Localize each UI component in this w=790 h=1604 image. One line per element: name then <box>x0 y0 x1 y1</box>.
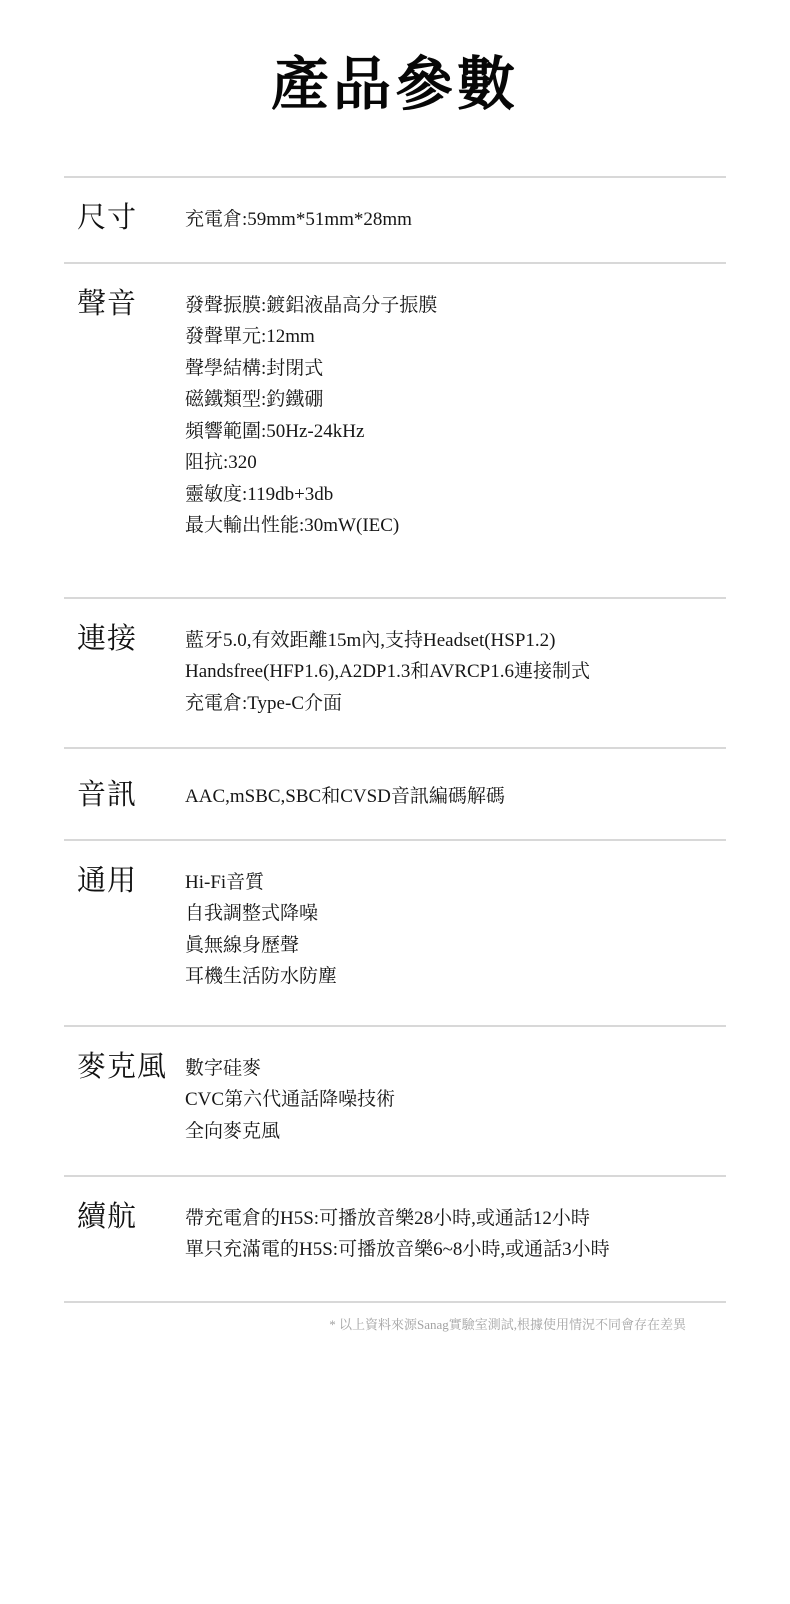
spec-row: 續航 帶充電倉的H5S:可播放音樂28小時,或通話12小時單只充滿電的H5S:可… <box>64 1175 726 1301</box>
spec-line: 耳機生活防水防塵 <box>185 961 726 993</box>
spec-label: 通用 <box>64 863 185 899</box>
spec-row: 聲音 發聲振膜:鍍鋁液晶高分子振膜發聲單元:12mm聲學結構:封閉式磁鐵類型:釣… <box>64 262 726 597</box>
spec-line: 全向麥克風 <box>185 1116 726 1148</box>
spec-line: 充電倉:59mm*51mm*28mm <box>185 204 726 236</box>
spec-line: 藍牙5.0,有效距離15m內,支持Headset(HSP1.2) <box>185 625 726 657</box>
spec-label: 音訊 <box>64 777 185 813</box>
spec-line: 眞無線身歷聲 <box>185 930 726 962</box>
spec-label: 麥克風 <box>64 1049 185 1085</box>
spec-line: 帶充電倉的H5S:可播放音樂28小時,或通話12小時 <box>185 1203 726 1235</box>
spec-line: 最大輸出性能:30mW(IEC) <box>185 510 726 542</box>
footnote: * 以上資料來源Sanag實驗室測試,根據使用情況不同會存在差異 <box>64 1314 726 1333</box>
spec-lines: 帶充電倉的H5S:可播放音樂28小時,或通話12小時單只充滿電的H5S:可播放音… <box>185 1199 726 1266</box>
spec-label: 尺寸 <box>64 200 185 236</box>
spec-line: AAC,mSBC,SBC和CVSD音訊編碼解碼 <box>185 781 726 813</box>
spec-lines: AAC,mSBC,SBC和CVSD音訊編碼解碼 <box>185 777 726 813</box>
spec-label: 連接 <box>64 621 185 657</box>
spec-line: 充電倉:Type-C介面 <box>185 688 726 720</box>
spec-row: 尺寸 充電倉:59mm*51mm*28mm <box>64 176 726 262</box>
spec-lines: Hi-Fi音質自我調整式降噪眞無線身歷聲耳機生活防水防塵 <box>185 863 726 993</box>
spec-row: 音訊 AAC,mSBC,SBC和CVSD音訊編碼解碼 <box>64 747 726 839</box>
spec-line: 數字硅麥 <box>185 1053 726 1085</box>
spec-table: 尺寸 充電倉:59mm*51mm*28mm 聲音 發聲振膜:鍍鋁液晶高分子振膜發… <box>64 176 726 1303</box>
spec-line: 阻抗:320 <box>185 447 726 479</box>
spec-line: 頻響範圍:50Hz-24kHz <box>185 416 726 448</box>
spec-label: 續航 <box>64 1199 185 1235</box>
spec-line: 聲學結構:封閉式 <box>185 353 726 385</box>
spec-lines: 藍牙5.0,有效距離15m內,支持Headset(HSP1.2)Handsfre… <box>185 621 726 720</box>
spec-line: Handsfree(HFP1.6),A2DP1.3和AVRCP1.6連接制式 <box>185 656 726 688</box>
spec-lines: 數字硅麥CVC第六代通話降噪技術全向麥克風 <box>185 1049 726 1148</box>
spec-line: 靈敏度:119db+3db <box>185 479 726 511</box>
spec-row: 連接 藍牙5.0,有效距離15m內,支持Headset(HSP1.2)Hands… <box>64 597 726 747</box>
spec-lines: 發聲振膜:鍍鋁液晶高分子振膜發聲單元:12mm聲學結構:封閉式磁鐵類型:釣鐵硼頻… <box>185 286 726 542</box>
spec-line: Hi-Fi音質 <box>185 867 726 899</box>
spec-row: 通用 Hi-Fi音質自我調整式降噪眞無線身歷聲耳機生活防水防塵 <box>64 839 726 1025</box>
spec-line: 磁鐵類型:釣鐵硼 <box>185 384 726 416</box>
page-title: 產品參數 <box>0 50 790 120</box>
spec-line: 發聲單元:12mm <box>185 321 726 353</box>
spec-line: 發聲振膜:鍍鋁液晶高分子振膜 <box>185 290 726 322</box>
spec-label: 聲音 <box>64 286 185 322</box>
spec-line: 單只充滿電的H5S:可播放音樂6~8小時,或通話3小時 <box>185 1234 726 1266</box>
spec-line: CVC第六代通話降噪技術 <box>185 1084 726 1116</box>
spec-lines: 充電倉:59mm*51mm*28mm <box>185 200 726 236</box>
spec-row: 麥克風 數字硅麥CVC第六代通話降噪技術全向麥克風 <box>64 1025 726 1175</box>
spec-line: 自我調整式降噪 <box>185 898 726 930</box>
